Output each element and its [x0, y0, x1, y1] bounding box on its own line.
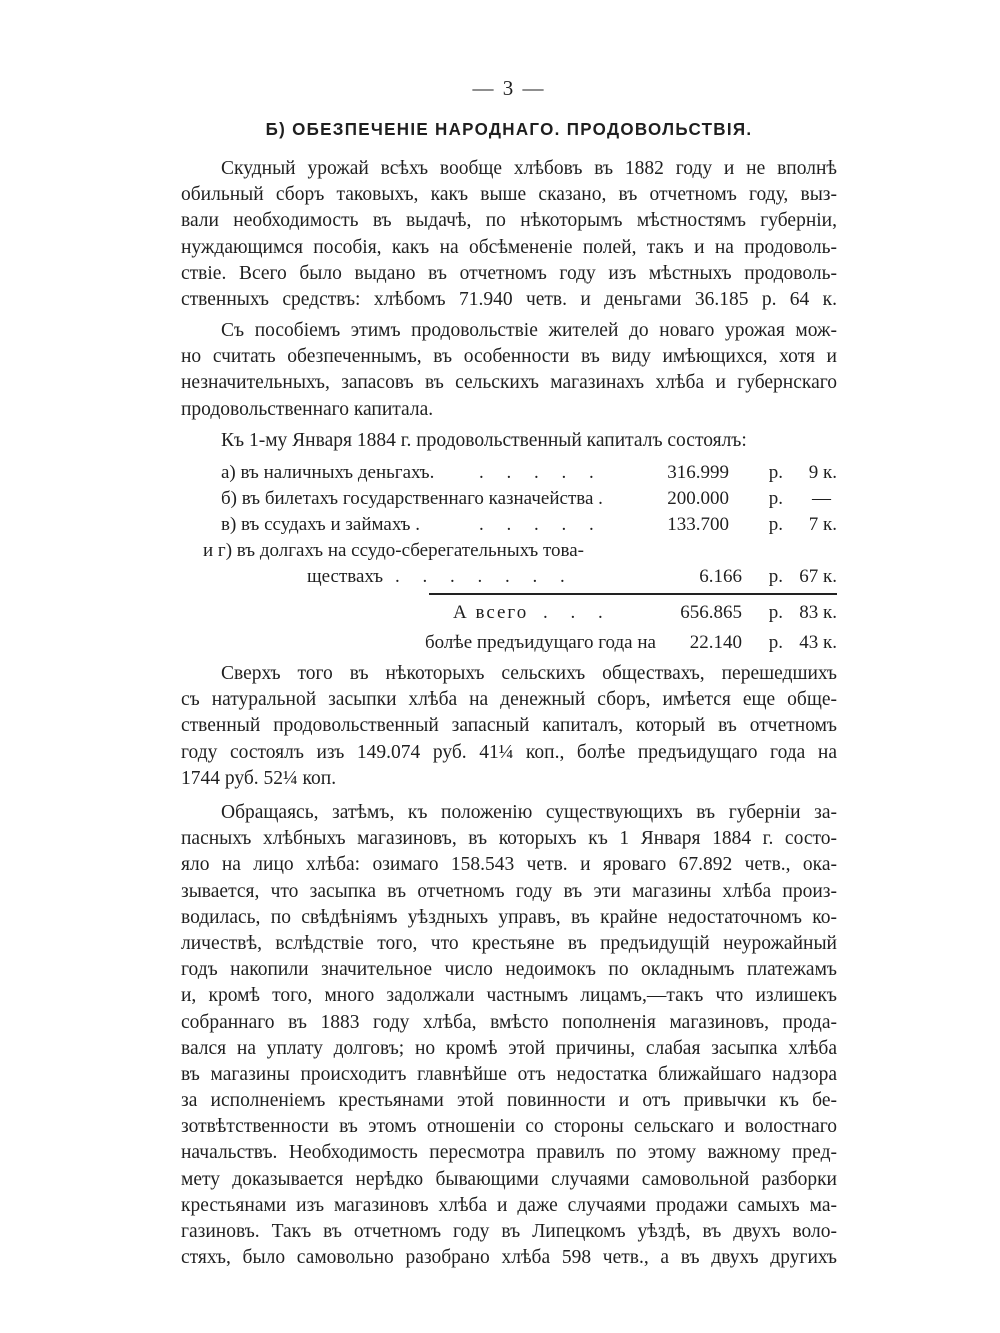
- capital-intro: Къ 1-му Января 1884 г. продовольственный…: [221, 430, 747, 452]
- row-label: и г) въ долгахъ на ссудо-сберегательныхъ…: [203, 540, 584, 562]
- text-line: зывается, что засыпка въ отчетномъ году …: [181, 879, 837, 905]
- text-line: нуждающимся пособія, какъ на обсѣмененіе…: [181, 235, 837, 261]
- increase-label: болѣе предъидущаго года на: [425, 632, 656, 654]
- row-rubles-unit: р.: [769, 488, 783, 510]
- text-line: незначительныхъ, запасовъ въ сельскихъ м…: [181, 370, 837, 396]
- capital-row-cash: а) въ наличныхъ деньгахъ. . . . . . 316.…: [181, 462, 837, 488]
- total-label: А всего: [453, 602, 528, 624]
- text-line: и, кромѣ того, много задолжали частнымъ …: [181, 983, 837, 1009]
- leader-dots: . . . . . . .: [395, 566, 565, 588]
- row-rubles: 316.999: [667, 462, 729, 484]
- text-line: Съ пособіемъ этимъ продовольствіе жителе…: [181, 318, 837, 344]
- row-label: в) въ ссудахъ и займахъ .: [221, 514, 420, 536]
- capital-table: а) въ наличныхъ деньгахъ. . . . . . 316.…: [181, 462, 837, 658]
- row-label: а) въ наличныхъ деньгахъ.: [221, 462, 434, 484]
- text-line: газиновъ. Такъ въ отчетномъ году въ Липе…: [181, 1219, 837, 1245]
- text-line: продовольственнаго капитала.: [181, 397, 837, 423]
- capital-row-total: А всего . . . 656.865 р. 83 к.: [181, 602, 837, 628]
- row-rubles-unit: р.: [769, 514, 783, 536]
- text-line: собраннаго въ 1883 году хлѣба, вмѣсто по…: [181, 1010, 837, 1036]
- section-heading: Б) ОБЕЗПЕЧЕНІЕ НАРОДНАГО. ПРОДОВОЛЬСТВІЯ…: [181, 120, 837, 141]
- page-number: — 3 —: [181, 76, 837, 101]
- text-line: Сверхъ того въ нѣкоторыхъ сельскихъ обще…: [181, 661, 837, 687]
- text-line: вали необходимость въ выдачѣ, по нѣкотор…: [181, 208, 837, 234]
- text-line: вался на уплату долговъ; но кромѣ этой п…: [181, 1036, 837, 1062]
- text-line: Скудный урожай всѣхъ вообще хлѣбовъ въ 1…: [181, 156, 837, 182]
- row-rubles: 133.700: [667, 514, 729, 536]
- increase-rubles-unit: р.: [769, 632, 783, 654]
- row-label: ществахъ: [307, 566, 383, 588]
- total-rubles: 656.865: [680, 602, 742, 624]
- paragraph-provision: Съ пособіемъ этимъ продовольствіе жителе…: [181, 318, 837, 423]
- text-line: начальствъ. Необходимость пересмотра пра…: [181, 1140, 837, 1166]
- capital-row-treasury: б) въ билетахъ государственнаго казначей…: [181, 488, 837, 514]
- text-line: съ натуральной засыпки хлѣба на денежный…: [181, 687, 837, 713]
- paragraph-granaries: Обращаясь, затѣмъ, къ положенію существу…: [181, 800, 837, 1271]
- row-kopecks: —: [812, 488, 831, 510]
- text-line: Обращаясь, затѣмъ, къ положенію существу…: [181, 800, 837, 826]
- text-line: 1744 руб. 52¼ коп.: [181, 766, 837, 792]
- text-line: ственныхъ средствъ: хлѣбомъ 71.940 четв.…: [181, 287, 837, 313]
- leader-dots: . . . . .: [479, 514, 594, 536]
- text-line: обильный сборъ таковыхъ, какъ выше сказа…: [181, 182, 837, 208]
- text-line: пасныхъ хлѣбныхъ магазиновъ, въ которыхъ…: [181, 826, 837, 852]
- increase-kopecks: 43 к.: [799, 632, 837, 654]
- text-line: за исполненіемъ крестьянами этой повинно…: [181, 1088, 837, 1114]
- capital-row-loans: в) въ ссудахъ и займахъ . . . . . . 133.…: [181, 514, 837, 540]
- text-line: году состоялъ изъ 149.074 руб. 41¼ коп.,…: [181, 740, 837, 766]
- row-kopecks: 67 к.: [799, 566, 837, 588]
- text-line: яло на лицо хлѣба: озимаго 158.543 четв.…: [181, 852, 837, 878]
- text-line: годъ накопили значительное число недоимо…: [181, 957, 837, 983]
- capital-row-savings-cont: ществахъ . . . . . . . 6.166 р. 67 к.: [181, 566, 837, 592]
- leader-dots: . . .: [543, 602, 603, 624]
- row-kopecks: 9 к.: [809, 462, 837, 484]
- total-rule: [429, 593, 837, 595]
- total-rubles-unit: р.: [769, 602, 783, 624]
- total-kopecks: 83 к.: [799, 602, 837, 624]
- text-line: водилась, по свѣдѣніямъ уѣздныхъ управъ,…: [181, 905, 837, 931]
- capital-row-increase: болѣе предъидущаго года на 22.140 р. 43 …: [181, 632, 837, 658]
- text-line: стяхъ, было самовольно разобрано хлѣба 5…: [181, 1245, 837, 1271]
- text-line: ственный продовольственный запасный капи…: [181, 713, 837, 739]
- row-rubles: 6.166: [699, 566, 742, 588]
- row-rubles-unit: р.: [769, 566, 783, 588]
- row-rubles-unit: р.: [769, 462, 783, 484]
- paragraph-reserve-capital: Сверхъ того въ нѣкоторыхъ сельскихъ обще…: [181, 661, 837, 792]
- paragraph-harvest: Скудный урожай всѣхъ вообще хлѣбовъ въ 1…: [181, 156, 837, 313]
- text-line: ствіе. Всего было выдано въ отчетномъ го…: [181, 261, 837, 287]
- row-rubles: 200.000: [667, 488, 729, 510]
- leader-dots: . . . . .: [479, 462, 594, 484]
- row-kopecks: 7 к.: [809, 514, 837, 536]
- text-line: мету доказывается нерѣдко бывающими случ…: [181, 1167, 837, 1193]
- text-line: въ магазины происходитъ главнѣйше отъ не…: [181, 1062, 837, 1088]
- capital-row-savings: и г) въ долгахъ на ссудо-сберегательныхъ…: [181, 540, 837, 566]
- text-line: крестьянами изъ магазиновъ хлѣба и даже …: [181, 1193, 837, 1219]
- text-line: личествѣ, вслѣдствіе того, что крестьяне…: [181, 931, 837, 957]
- increase-rubles: 22.140: [690, 632, 742, 654]
- text-line: но считать обезпеченнымъ, въ особенности…: [181, 344, 837, 370]
- row-label: б) въ билетахъ государственнаго казначей…: [221, 488, 603, 510]
- text-line: зотвѣтственности въ этомъ отношеніи со с…: [181, 1114, 837, 1140]
